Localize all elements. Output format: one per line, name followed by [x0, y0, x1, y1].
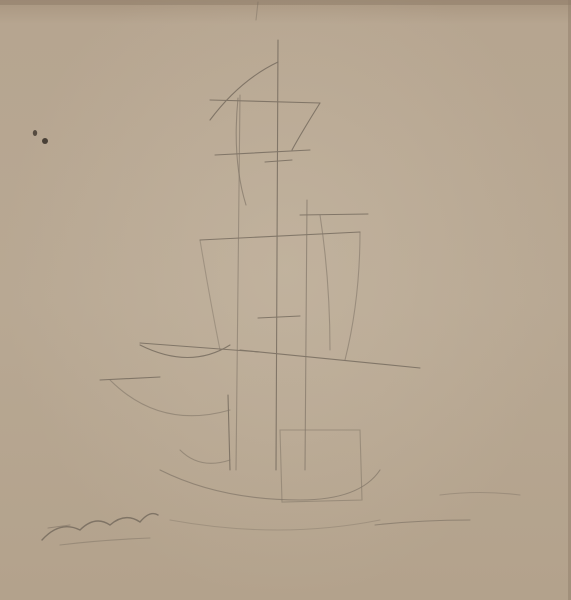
main-mast — [276, 40, 278, 470]
sketch-paper — [0, 0, 571, 600]
ship-sketch — [0, 0, 571, 600]
ink-mark — [33, 130, 48, 144]
